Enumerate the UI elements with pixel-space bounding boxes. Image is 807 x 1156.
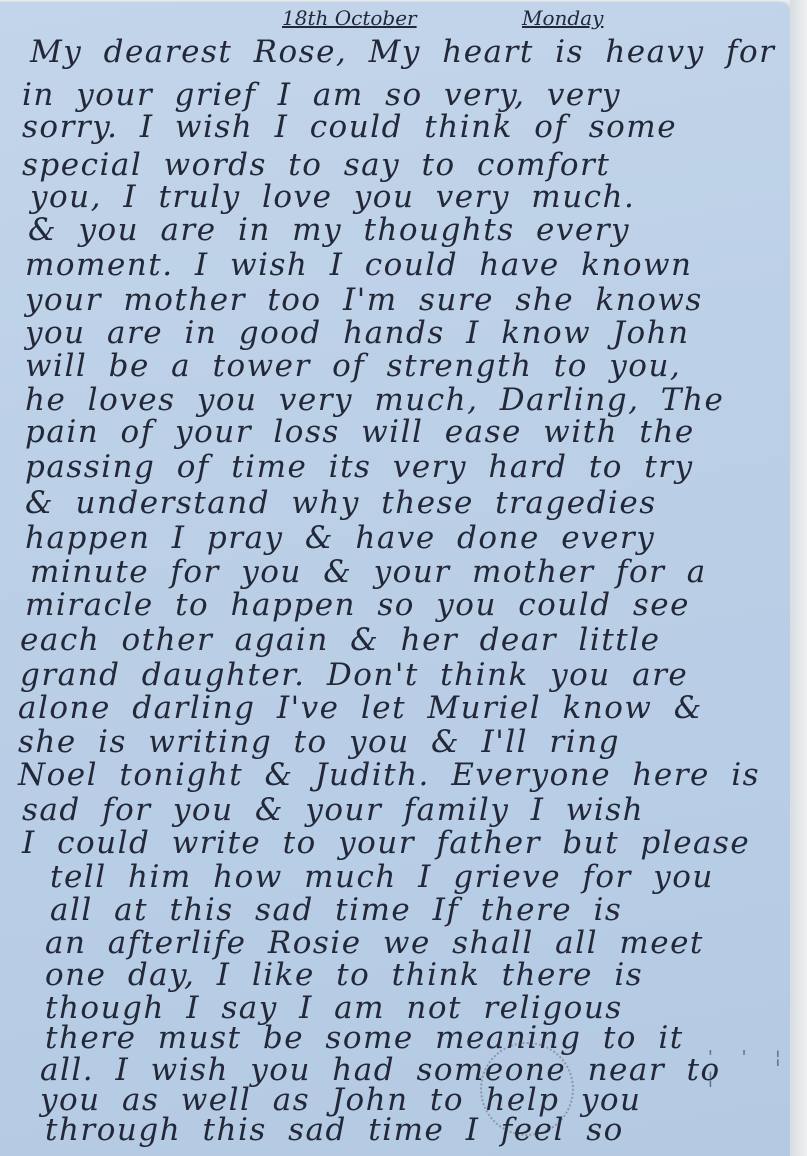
letter-line: pain of your loss will ease with the (25, 414, 695, 450)
letter-line: I could write to your father but please (22, 825, 750, 861)
letter-line: & understand why these tragedies (25, 485, 657, 521)
letter-line: moment. I wish I could have known (25, 247, 693, 283)
letter-line: minute for you & your mother for a (30, 554, 707, 590)
letter-line: passing of time its very hard to try (25, 449, 694, 485)
letter-line: there must be some meaning to it (45, 1020, 684, 1056)
letter-line: tell him how much I grieve for you (50, 859, 714, 895)
letter-line: all at this sad time If there is (50, 892, 622, 928)
letter-line: special words to say to comfort (22, 147, 610, 183)
letter-date: 18th October (282, 6, 417, 30)
letter-line: she is writing to you & I'll ring (18, 724, 620, 760)
letter-line: one day, I like to think there is (45, 957, 643, 993)
letter-line: alone darling I've let Muriel know & (18, 690, 703, 726)
letter-line: & you are in my thoughts every (28, 212, 630, 248)
letter-line: your mother too I'm sure she knows (25, 282, 703, 318)
letter-day: Monday (522, 6, 603, 30)
ink-smudge: ' ' ¦ ¦ (705, 1047, 790, 1089)
postmark-stamp (480, 1042, 574, 1136)
letter-line: an afterlife Rosie we shall all meet (45, 925, 704, 961)
letter-line: sorry. I wish I could think of some (22, 109, 677, 145)
paper-edge (790, 0, 807, 1156)
letter-page: 18th October Monday My dearest Rose, My … (0, 2, 790, 1156)
letter-line: My dearest Rose, My heart is heavy for y… (30, 34, 807, 70)
letter-line: each other again & her dear little (20, 622, 660, 658)
letter-line: in your grief I am so very, very (22, 77, 621, 113)
letter-line: you, I truly love you very much. (30, 179, 635, 215)
letter-line: sad for you & your family I wish (22, 792, 644, 828)
letter-line: happen I pray & have done every (25, 520, 655, 556)
letter-line: miracle to happen so you could see (25, 587, 690, 623)
letter-line: Noel tonight & Judith. Everyone here is (18, 757, 760, 793)
letter-line: will be a tower of strength to you, (25, 348, 681, 384)
letter-line: he loves you very much, Darling, The (25, 382, 724, 418)
letter-line: you are in good hands I know John (25, 315, 690, 351)
letter-line: grand daughter. Don't think you are (20, 657, 688, 693)
